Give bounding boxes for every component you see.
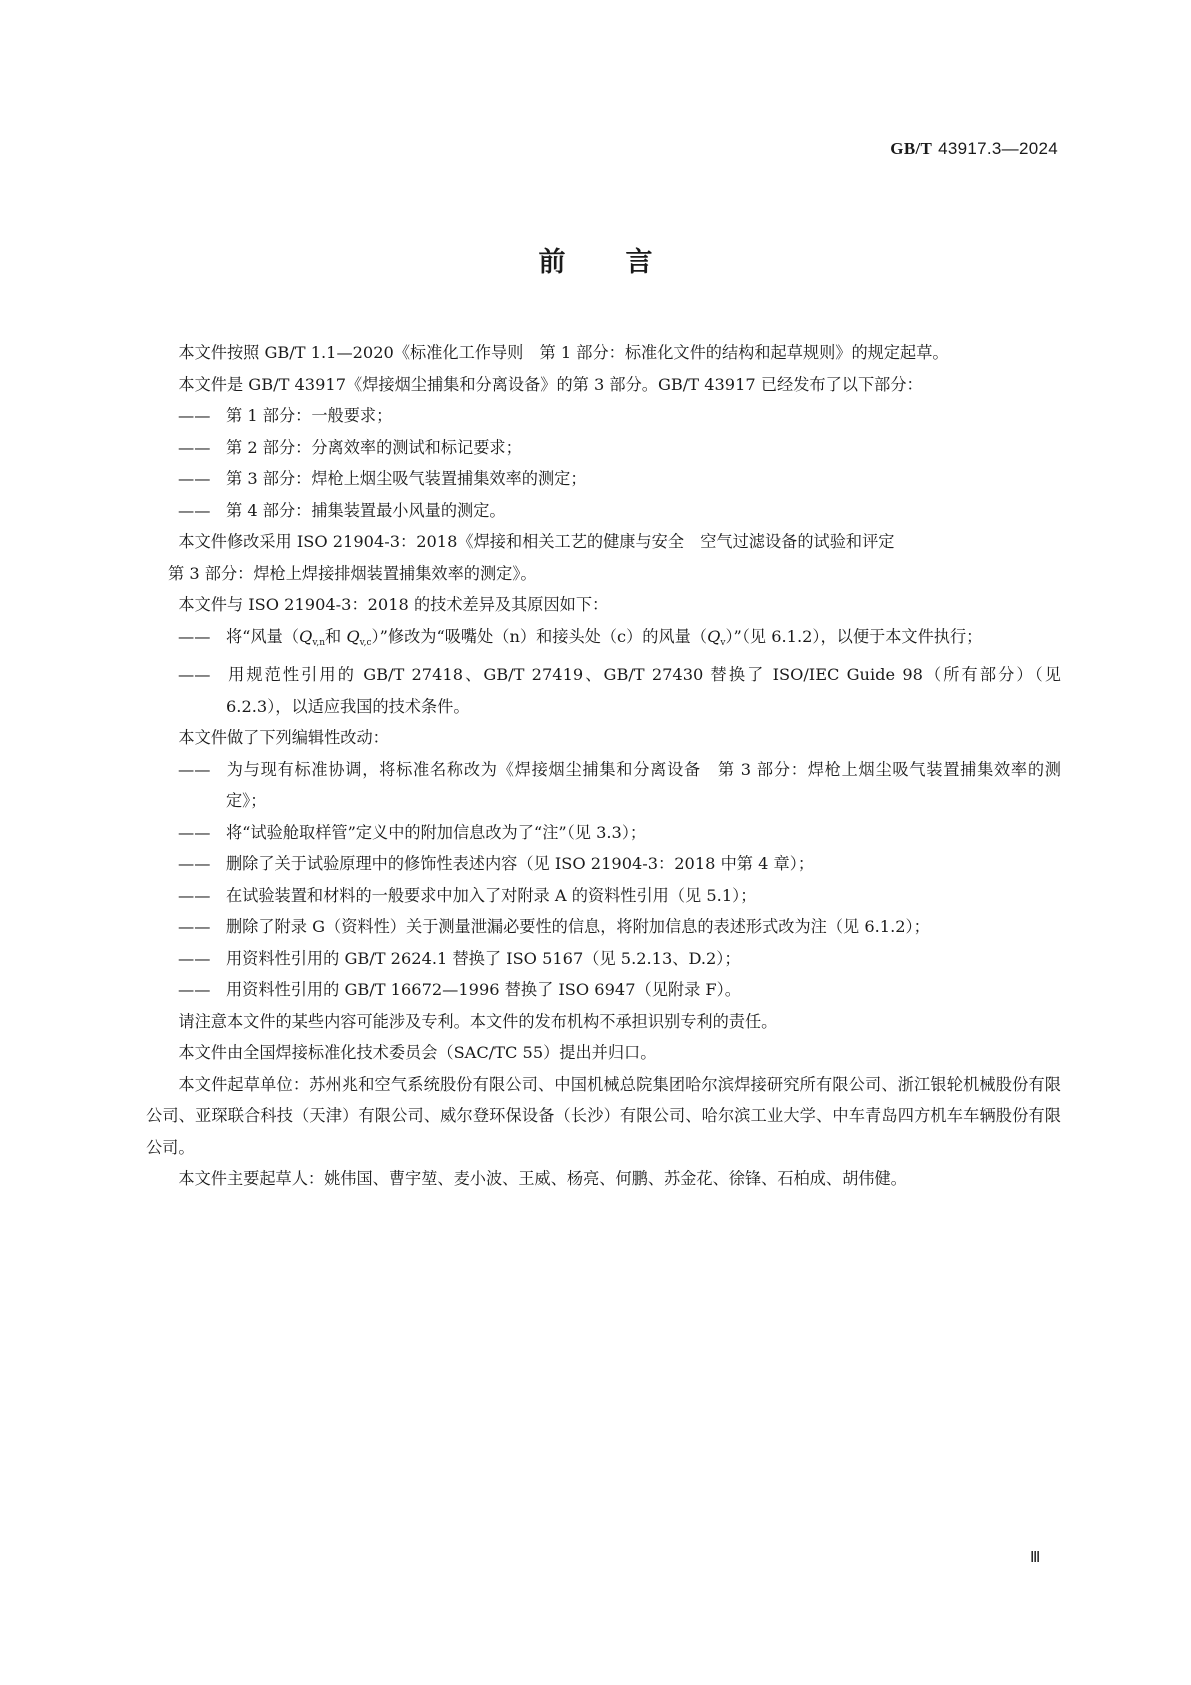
list-item-editorial-change: ——删除了附录 G（资料性）关于测量泄漏必要性的信息，将附加信息的表述形式改为注… (146, 911, 1061, 943)
list-item-part: ——第 2 部分：分离效率的测试和标记要求； (146, 432, 1061, 464)
list-item-technical-difference: ——用规范性引用的 GB/T 27418、GB/T 27419、GB/T 274… (146, 659, 1061, 722)
paragraph-drafting-rules: 本文件按照 GB/T 1.1—2020《标准化工作导则 第 1 部分：标准化文件… (146, 337, 1061, 369)
page-title: 前言 (0, 240, 1191, 279)
dash-mark: —— (178, 659, 226, 691)
page-number: Ⅲ (1030, 1548, 1040, 1567)
list-item-editorial-change: ——在试验装置和材料的一般要求中加入了对附录 A 的资料性引用（见 5.1）； (146, 880, 1061, 912)
list-item-editorial-change: ——为与现有标准协调，将标准名称改为《焊接烟尘捕集和分离设备 第 3 部分：焊枪… (146, 754, 1061, 817)
list-item-part: ——第 1 部分：一般要求； (146, 400, 1061, 432)
list-item-editorial-change: ——将“试验舱取样管”定义中的附加信息改为了“注”（见 3.3）； (146, 817, 1061, 849)
list-item-technical-difference: ——将“风量（Qv,n和 Qv,c）”修改为“吸嘴处（n）和接头处（c）的风量（… (146, 621, 1061, 660)
standard-prefix: GB/T (890, 139, 932, 158)
paragraph-adoption-continued: 第 3 部分：焊枪上焊接排烟装置捕集效率的测定》。 (146, 558, 1061, 590)
paragraph-patent-notice: 请注意本文件的某些内容可能涉及专利。本文件的发布机构不承担识别专利的责任。 (146, 1006, 1061, 1038)
list-item-editorial-change: ——删除了关于试验原理中的修饰性表述内容（见 ISO 21904-3：2018 … (146, 848, 1061, 880)
list-item-part: ——第 4 部分：捕集装置最小风量的测定。 (146, 495, 1061, 527)
paragraph-series-intro: 本文件是 GB/T 43917《焊接烟尘捕集和分离设备》的第 3 部分。GB/T… (146, 369, 1061, 401)
dash-mark: —— (178, 943, 226, 975)
dash-mark: —— (178, 911, 226, 943)
dash-mark: —— (178, 848, 226, 880)
paragraph-editorial-changes: 本文件做了下列编辑性改动： (146, 722, 1061, 754)
dash-mark: —— (178, 754, 226, 786)
dash-mark: —— (178, 621, 226, 653)
paragraph-drafters: 本文件主要起草人：姚伟国、曹宇堃、麦小波、王威、杨亮、何鹏、苏金花、徐锋、石柏成… (146, 1163, 1061, 1195)
dash-mark: —— (178, 495, 226, 527)
foreword-body: 本文件按照 GB/T 1.1—2020《标准化工作导则 第 1 部分：标准化文件… (146, 337, 1061, 1195)
paragraph-adoption: 本文件修改采用 ISO 21904-3：2018《焊接和相关工艺的健康与安全 空… (146, 526, 1061, 558)
dash-mark: —— (178, 400, 226, 432)
list-item-part: ——第 3 部分：焊枪上烟尘吸气装置捕集效率的测定； (146, 463, 1061, 495)
standard-number: 43917.3—2024 (938, 139, 1058, 158)
list-item-editorial-change: ——用资料性引用的 GB/T 16672—1996 替换了 ISO 6947（见… (146, 974, 1061, 1006)
standard-code: GB/T43917.3—2024 (890, 139, 1058, 159)
paragraph-proposer: 本文件由全国焊接标准化技术委员会（SAC/TC 55）提出并归口。 (146, 1037, 1061, 1069)
dash-mark: —— (178, 463, 226, 495)
list-item-editorial-change: ——用资料性引用的 GB/T 2624.1 替换了 ISO 5167（见 5.2… (146, 943, 1061, 975)
dash-mark: —— (178, 974, 226, 1006)
paragraph-drafting-organizations: 本文件起草单位：苏州兆和空气系统股份有限公司、中国机械总院集团哈尔滨焊接研究所有… (146, 1069, 1061, 1164)
dash-mark: —— (178, 432, 226, 464)
dash-mark: —— (178, 880, 226, 912)
document-page: GB/T43917.3—2024 前言 本文件按照 GB/T 1.1—2020《… (0, 0, 1191, 1685)
paragraph-technical-differences: 本文件与 ISO 21904-3：2018 的技术差异及其原因如下： (146, 589, 1061, 621)
dash-mark: —— (178, 817, 226, 849)
